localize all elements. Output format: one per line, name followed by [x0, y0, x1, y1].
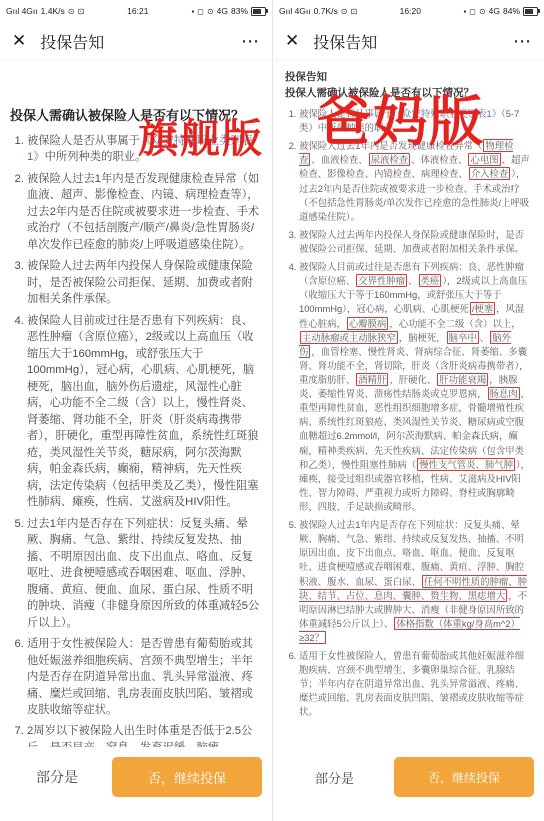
highlight-box: 心瓣膜病 [347, 317, 389, 330]
notice-list: 被保险人是否从事属于《众安特殊职业类别表1》（5-7类）中所列种类的职业。被保险… [285, 107, 532, 720]
more-menu-icon[interactable]: ⋯ [241, 31, 260, 52]
alarm-icon: ⊙ [479, 7, 486, 16]
notice-text: 被保险人目前或过往是否患有下列疾病：良、恶性肿瘤（含原位癌），2级或以上高血压（… [27, 315, 259, 508]
continue-insure-button[interactable]: 否，继续投保 [112, 757, 262, 797]
notice-heading: 投保人需确认被保险人是否有以下情况？ [285, 85, 532, 100]
notice-text: 、体液检查、 [411, 154, 467, 165]
notice-text: 被保险人过去1年内是否发现健康检查异常（如血液、超声、影像检查、内镜、病理检查等… [27, 173, 259, 251]
panel-flagship: Gııl 4Gıı 1.4K/s ⊙ ⊡ 16:21 ▪ ◻ ⊙ 4G 83% … [0, 0, 272, 821]
clock-icon: ⊙ [341, 7, 348, 16]
network-type: 4G [217, 6, 228, 16]
notice-text: 2周岁以下被保险人出生时体重是否低于2.5公斤，是否早产，窒息，发育迟缓，脑瘫。 [27, 725, 252, 747]
notice-text: 过去1年内是否存在下列症状：反复头痛、晕厥、胸痛、气急、紫绀、持续反复发热、抽搐… [27, 518, 259, 629]
status-time: 16:20 [400, 6, 421, 16]
occupation-table-link[interactable]: 《众安特殊职业类别表1》 [393, 108, 501, 119]
alarm-icon: ⊙ [207, 7, 214, 16]
notice-item: 被保险人过去1年内是否发现健康检查异常（物理检查、血液检查、尿液检查、体液检查、… [299, 139, 532, 224]
highlight-box: 类癌 [419, 274, 442, 287]
notice-text: 被保险人过去两年内投保人身保险或健康保险时，是否被保险公司拒保、延期、加费或者附… [27, 260, 253, 305]
mute-icon: ▪ [463, 7, 466, 16]
notice-text: 被保险人是否从事属于 [299, 108, 393, 119]
highlight-box: 心电图 [468, 153, 500, 166]
action-bar: 部分是 否，继续投保 [0, 747, 272, 821]
highlight-box: 介入检查 [469, 167, 511, 180]
battery-percent: 84% [503, 6, 520, 16]
close-icon[interactable]: ✕ [12, 31, 26, 51]
notice-item: 被保险人过去1年内是否存在下列症状：反复头痛、晕厥、胸痛、气急、紫绀、持续或反复… [299, 518, 532, 645]
notice-heading: 投保人需确认被保险人是否有以下情况？ [10, 105, 262, 124]
battery-icon [523, 7, 538, 16]
partial-yes-button[interactable]: 部分是 [283, 767, 386, 788]
notice-item: 被保险人过去两年内投保人身保险或健康保险时，是否被保险公司拒保、延期、加费或者附… [27, 258, 262, 307]
app-icon: ⊡ [350, 7, 357, 16]
battery-icon [251, 7, 266, 16]
nav-bar: ✕ 投保告知 ⋯ [0, 22, 272, 61]
network-speed: 1.4K/s [41, 6, 65, 16]
status-time: 16:21 [127, 6, 148, 16]
notice-text: 被保险人过去两年内投保人身保险或健康保险时，是否被保险公司拒保、延期、加费或者附… [299, 229, 524, 254]
notice-item: 被保险人是否从事属于《众安特殊职业类别表1》中所列种类的职业。 [27, 133, 262, 166]
network-type: 4G [489, 6, 500, 16]
notice-text: 适用于女性被保险人：是否曾患有葡萄胎或其他妊娠滋养细胞疾病、宫颈不典型增生；半年… [27, 638, 253, 716]
notice-content: 爸妈版 投保告知 投保人需确认被保险人是否有以下情况？ 被保险人是否从事属于《众… [273, 61, 544, 747]
close-icon[interactable]: ✕ [285, 31, 299, 51]
status-bar: Gııl 4Gıı 1.4K/s ⊙ ⊡ 16:21 ▪ ◻ ⊙ 4G 83% [0, 0, 272, 22]
notice-item: 适用于女性被保险人：是否曾患有葡萄胎或其他妊娠滋养细胞疾病、宫颈不典型增生；半年… [27, 636, 262, 718]
page-title: 投保告知 [40, 30, 104, 53]
notice-item: 过去1年内是否存在下列症状：反复头痛、晕厥、胸痛、气急、紫绀、持续反复发热、抽搐… [27, 516, 262, 631]
notice-text: 、 [408, 275, 417, 286]
nav-bar: ✕ 投保告知 ⋯ [273, 22, 544, 61]
notice-text: 被保险人是否从事属于 [27, 135, 140, 147]
panel-parents: Gııl 4Gıı 0.7K/s ⊙ ⊡ 16:20 ▪ ◻ ⊙ 4G 84% … [272, 0, 544, 821]
highlight-box: 主动脉瘤或主动脉狭窄 [300, 331, 398, 344]
highlight-box: 慢性支气管炎、肺气肿 [417, 458, 515, 471]
notice-item: 被保险人目前或过往是否患有下列疾病：良、恶性肿瘤（含原位癌、交界性肿瘤、类癌），… [299, 260, 532, 514]
signal-icon: Gııl 4Gıı [279, 6, 311, 16]
highlight-box: 交界性肿瘤 [356, 274, 407, 287]
signal-icon: Gııl 4Gıı [6, 6, 38, 16]
notice-subheading: 投保告知 [285, 69, 532, 84]
notice-item: 2周岁以下被保险人出生时体重是否低于2.5公斤，是否早产，窒息，发育迟缓，脑瘫。 [27, 723, 262, 747]
dual-screenshot-comparison: Gııl 4Gıı 1.4K/s ⊙ ⊡ 16:21 ▪ ◻ ⊙ 4G 83% … [0, 0, 544, 821]
mute-icon: ▪ [191, 7, 194, 16]
network-speed: 0.7K/s [314, 6, 338, 16]
notice-item: 被保险人目前或过往是否患有下列疾病：良、恶性肿瘤（含原位癌），2级或以上高血压（… [27, 313, 262, 511]
highlight-box: 肝功能衰竭 [437, 373, 488, 386]
notice-item: 被保险人过去两年内投保人身保险或健康保险时，是否被保险公司拒保、延期、加费或者附… [299, 228, 532, 256]
notice-item: 适用于女性被保险人，曾患有葡萄胎或其他妊娠滋养细胞疾病、宫颈不典型增生、多囊卵巢… [299, 649, 532, 720]
clock-icon: ⊙ [68, 7, 75, 16]
notice-text: 中所列种类的职业。 [45, 151, 147, 163]
highlight-box: /梗塞 [470, 302, 495, 315]
notice-text: 适用于女性被保险人，曾患有葡萄胎或其他妊娠滋养细胞疾病、宫颈不典型增生、多囊卵巢… [299, 650, 524, 717]
notice-item: 被保险人是否从事属于《众安特殊职业类别表1》（5-7类）中所列种类的职业。 [299, 107, 532, 135]
action-bar: 部分是 否，继续投保 [273, 747, 544, 821]
notice-content: 旗舰版 投保人需确认被保险人是否有以下情况？ 被保险人是否从事属于《众安特殊职业… [0, 61, 272, 747]
notice-text: 、 [480, 332, 489, 343]
more-menu-icon[interactable]: ⋯ [513, 31, 532, 52]
vibrate-icon: ◻ [469, 7, 476, 16]
battery-percent: 83% [231, 6, 248, 16]
highlight-box: 脑卒中 [447, 331, 479, 344]
partial-yes-button[interactable]: 部分是 [10, 766, 104, 788]
notice-text: 、血液检查、 [311, 154, 367, 165]
notice-text: ，脑梗死， [399, 332, 446, 343]
highlight-box: 尿液检查 [369, 153, 411, 166]
vibrate-icon: ◻ [197, 7, 204, 16]
status-bar: Gııl 4Gıı 0.7K/s ⊙ ⊡ 16:20 ▪ ◻ ⊙ 4G 84% [273, 0, 544, 22]
notice-list: 被保险人是否从事属于《众安特殊职业类别表1》中所列种类的职业。被保险人过去1年内… [10, 133, 262, 747]
notice-item: 被保险人过去1年内是否发现健康检查异常（如血液、超声、影像检查、内镜、病理检查等… [27, 171, 262, 253]
continue-insure-button[interactable]: 否，继续投保 [394, 757, 534, 797]
notice-text: ，心功能不全二级（含）以上， [389, 318, 520, 329]
page-title: 投保告知 [313, 30, 377, 53]
notice-text: 、肝硬化、 [389, 374, 436, 385]
highlight-box: 肠息肉 [488, 387, 520, 400]
app-icon: ⊡ [77, 7, 84, 16]
notice-text: 被保险人过去1年内是否发现健康检查异常（ [299, 140, 482, 151]
highlight-box: 酒精肝 [356, 373, 388, 386]
